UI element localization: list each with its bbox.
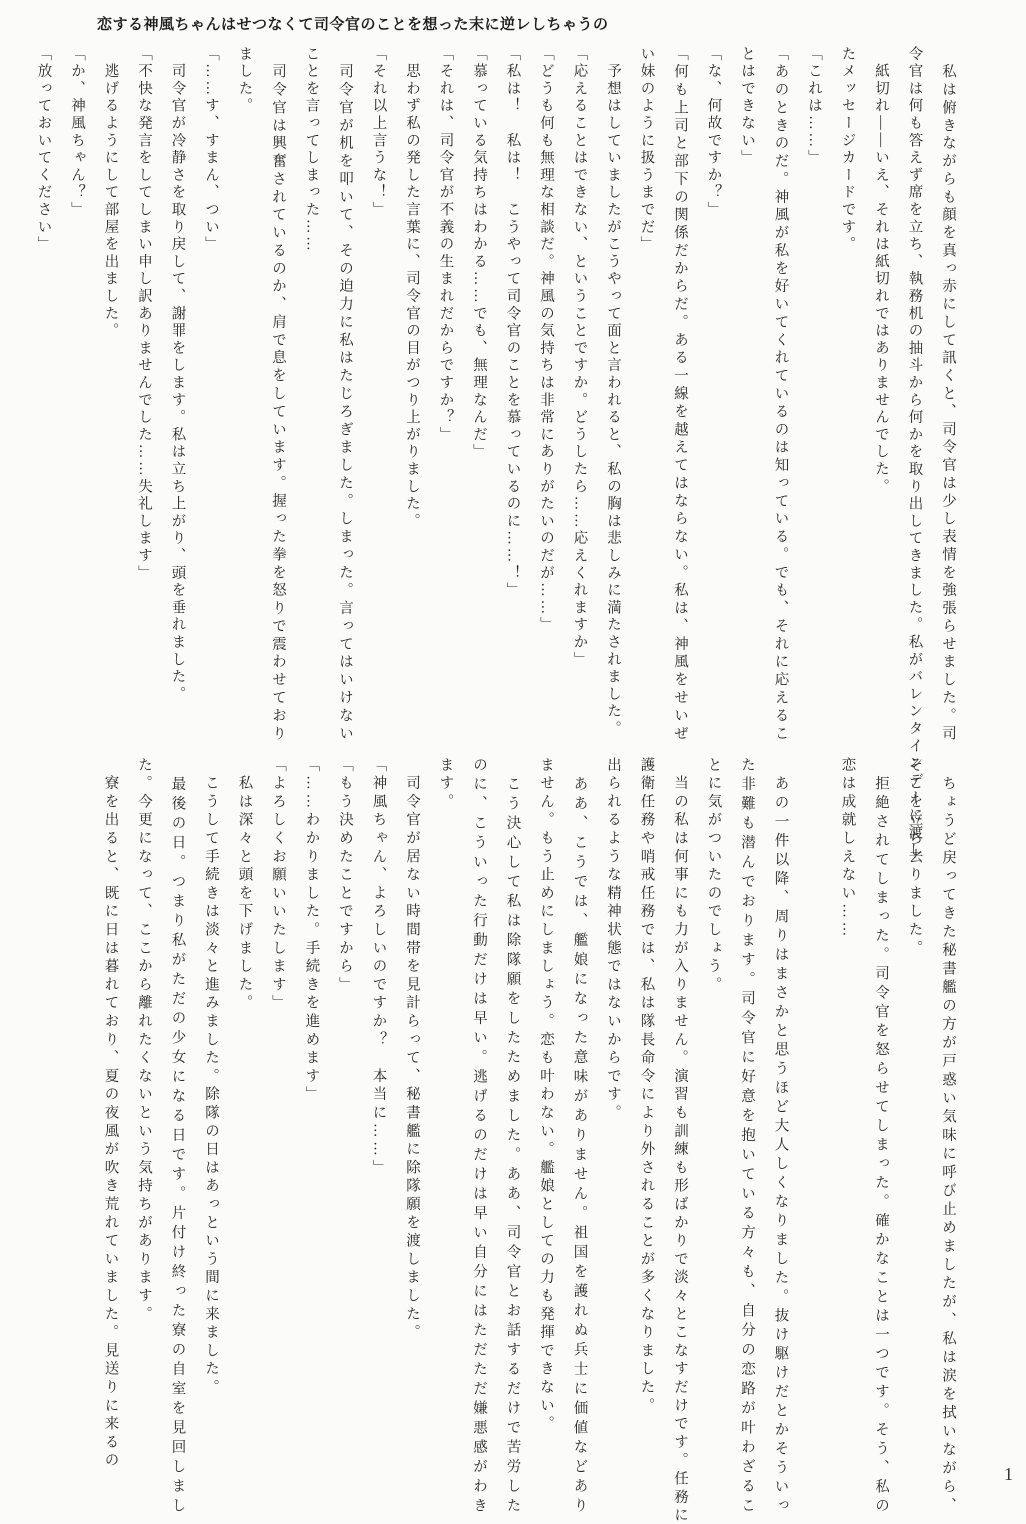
paragraph: 司令官が居ない時間帯を見計らって、秘書艦に除隊願を渡しました。	[395, 757, 429, 1512]
text-column: 当の私は何事にも力が入りません。演習も訓練も形ばかりで淡々とこなすだけです。任務…	[663, 757, 697, 1512]
text-column: 「慕っている気持ちはわかる……でも、無理なんだ」	[462, 46, 496, 740]
paragraph: 「あのときのだ。神風が私を好いてくれているのは知っている。でも、それに応えること…	[730, 46, 797, 740]
text-column: 「よろしくお願いいたします」	[261, 757, 295, 1512]
text-column: 護衛任務や哨戒任務では、私は隊長命令により外されることが多くなりました。	[629, 757, 663, 1512]
text-column: 「私は！ 私は！ こうやって司令官のことを慕っているのに……！」	[495, 46, 529, 740]
text-column: 思わず私の発した言葉に、司令官の目がつり上がりました。	[395, 46, 429, 740]
text-column: 「な、何故ですか？」	[696, 46, 730, 740]
text-column: 予想はしていましたがこうやって面と言われると、私の胸は悲しみに満たされました。	[596, 46, 630, 740]
text-column: ちょうど戻ってきた秘書艦の方が戸惑い気味に呼び止めましたが、私は涙を拭いながら、	[931, 757, 965, 1512]
text-column: 「……す、すまん、つい」	[194, 46, 228, 740]
page-title: 恋する神風ちゃんはせつなくて司令官のことを想った末に逆レしちゃうの	[97, 13, 609, 34]
paragraph: 「それは、司令官が不義の生まれだからですか？」	[428, 46, 462, 740]
text-column: 司令官が机を叩いて、その迫力に私はたじろぎました。しまった。言ってはいけない	[328, 46, 362, 740]
paragraph: 寮を出ると、既に日は暮れており、夏の夜風が吹き荒れていました。見送りに来るの	[93, 757, 127, 1512]
text-column: のに、こういった行動だけは早い。逃げるのだけは早い自分にはただただ嫌悪感がわき	[462, 757, 496, 1512]
text-column: 逃げるようにして部屋を出ました。	[93, 46, 127, 740]
paragraph: 出られるような精神状態ではないからです。	[596, 757, 630, 1512]
paragraph: 司令官が冷静さを取り戻して、謝罪をします。私は立ち上がり、頭を垂れました。	[160, 46, 194, 740]
text-column: 寮を出ると、既に日は暮れており、夏の夜風が吹き荒れていました。見送りに来るの	[93, 757, 127, 1512]
text-column: とに気がついたのでしょう。	[696, 757, 730, 1512]
paragraph: 「な、何故ですか？」	[696, 46, 730, 740]
page-number: 1	[1004, 1464, 1013, 1485]
text-column: こう決心して私は除隊願をしたためました。ああ、司令官とお話するだけで苦労した	[495, 757, 529, 1512]
text-column: ました。	[227, 46, 261, 740]
paragraph: たメッセージカードです。	[830, 46, 864, 740]
text-column: 「神風ちゃん、よろしいのですか？ 本当に……」	[361, 757, 395, 1512]
paragraph: あの一件以降、周りはまさかと思うほど大人しくなりました。抜け駆けだとかそういった…	[696, 757, 797, 1512]
text-column: 司令官は興奮されているのか、肩で息をしています。握った拳を怒りで震わせており	[261, 46, 295, 740]
text-column: 拒絶されてしまった。司令官を怒らせてしまった。確かなことは一つです。そう、私の	[864, 757, 898, 1512]
paragraph: 「私は！ 私は！ こうやって司令官のことを慕っているのに……！」	[495, 46, 529, 740]
text-column: 紙切れ――いえ、それは紙切れではありませんでした。	[864, 46, 898, 740]
paragraph: 予想はしていましたがこうやって面と言われると、私の胸は悲しみに満たされました。	[596, 46, 630, 740]
text-column: い妹のように扱うまでだ」	[629, 46, 663, 740]
text-column: こうして手続きは淡々と進みました。除隊の日はあっという間に来ました。	[194, 757, 228, 1512]
text-column: たメッセージカードです。	[830, 46, 864, 740]
paragraph: 思わず私の発した言葉に、司令官の目がつり上がりました。	[395, 46, 429, 740]
text-column: 「あのときのだ。神風が私を好いてくれているのは知っている。でも、それに応えるこ	[763, 46, 797, 740]
text-column: 「何も上司と部下の関係だからだ。ある一線を越えてはならない。私は、神風をせいぜ	[663, 46, 697, 740]
text-column: 「それ以上言うな！」	[361, 46, 395, 740]
paragraph: こうして手続きは淡々と進みました。除隊の日はあっという間に来ました。	[194, 757, 228, 1512]
text-column: 「どうも何も無理な相談だ。神風の気持ちは非常にありがたいのだが……」	[529, 46, 563, 740]
paragraph: 「……わかりました。手続きを進めます」	[294, 757, 328, 1512]
text-column: 令官は何も答えず席を立ち、執務机の抽斗から何かを取り出してきました。私がバレンタ…	[897, 46, 931, 740]
paragraph: 「不快な発言をしてしまい申し訳ありませんでした……失礼します」	[127, 46, 161, 740]
text-column: ことを言ってしまった……	[294, 46, 328, 740]
text-column: ません。もう止めにしましょう。恋も叶わない。艦娘としての力も発揮できない。	[529, 757, 563, 1512]
text-column: 恋は成就しえない……	[830, 757, 864, 1512]
paragraph: 司令官は興奮されているのか、肩で息をしています。握った拳を怒りで震わせておりまし…	[227, 46, 294, 740]
paragraph: 「よろしくお願いいたします」	[261, 757, 295, 1512]
paragraph: 「慕っている気持ちはわかる……でも、無理なんだ」	[462, 46, 496, 740]
paragraph: ああ、こうでは、艦娘になった意味がありません。祖国を護れぬ兵士に価値などありませ…	[529, 757, 596, 1512]
document-page: { "page": { "title": "恋する神風ちゃんはせつなくて司令官の…	[0, 0, 1026, 1524]
text-column: 「放っておいてください」	[26, 46, 60, 740]
paragraph: 私は俯きながらも顔を真っ赤にして訊くと、司令官は少し表情を強張らせました。司令官…	[897, 46, 964, 740]
paragraph: 「これは……」	[797, 46, 831, 740]
paragraph: 逃げるようにして部屋を出ました。	[93, 46, 127, 740]
paragraph: 「……す、すまん、つい」	[194, 46, 228, 740]
text-column: た。今更になって、ここから離れたくないという気持ちがあります。	[127, 757, 161, 1512]
paragraph: 司令官が机を叩いて、その迫力に私はたじろぎました。しまった。言ってはいけないこと…	[294, 46, 361, 740]
paragraph: こう決心して私は除隊願をしたためました。ああ、司令官とお話するだけで苦労したのに…	[428, 757, 529, 1512]
text-column: 私は深々と頭を下げました。	[227, 757, 261, 1512]
paragraph: 「どうも何も無理な相談だ。神風の気持ちは非常にありがたいのだが……」	[529, 46, 563, 740]
text-column: 司令官が冷静さを取り戻して、謝罪をします。私は立ち上がり、頭を垂れました。	[160, 46, 194, 740]
paragraph: 「放っておいてください」	[26, 46, 60, 740]
text-column: た非難も潜んでおります。司令官に好意を抱いている方々も、自分の恋路が叶わざるこ	[730, 757, 764, 1512]
paragraph	[797, 757, 831, 1512]
paragraph: 「それ以上言うな！」	[361, 46, 395, 740]
paragraph: 最後の日。つまり私がただの少女になる日です。片付け終った寮の自室を見回しました。…	[127, 757, 194, 1512]
text-column: あの一件以降、周りはまさかと思うほど大人しくなりました。抜け駆けだとかそういっ	[763, 757, 797, 1512]
paragraph: 当の私は何事にも力が入りません。演習も訓練も形ばかりで淡々とこなすだけです。任務…	[663, 757, 697, 1512]
text-column: 出られるような精神状態ではないからです。	[596, 757, 630, 1512]
text-column: 司令官が居ない時間帯を見計らって、秘書艦に除隊願を渡しました。	[395, 757, 429, 1512]
paragraph: 拒絶されてしまった。司令官を怒らせてしまった。確かなことは一つです。そう、私の恋…	[830, 757, 897, 1512]
text-column: 「それは、司令官が不義の生まれだからですか？」	[428, 46, 462, 740]
text-column: 「……わかりました。手続きを進めます」	[294, 757, 328, 1512]
text-column: 「これは……」	[797, 46, 831, 740]
paragraph: 「何も上司と部下の関係だからだ。ある一線を越えてはならない。私は、神風をせいぜい…	[629, 46, 696, 740]
paragraph: 私は深々と頭を下げました。	[227, 757, 261, 1512]
text-column: 「もう決めたことですから」	[328, 757, 362, 1512]
story-text-block-top: 私は俯きながらも顔を真っ赤にして訊くと、司令官は少し表情を強張らせました。司令官…	[26, 46, 964, 740]
paragraph: 「応えることはできない、ということですか。どうしたら……応えくれますか」	[562, 46, 596, 740]
paragraph: ちょうど戻ってきた秘書艦の方が戸惑い気味に呼び止めましたが、私は涙を拭いながら、…	[897, 757, 964, 1512]
text-column: 私は俯きながらも顔を真っ赤にして訊くと、司令官は少し表情を強張らせました。司	[931, 46, 965, 740]
paragraph: 「か、神風ちゃん？」	[60, 46, 94, 740]
text-column: 「か、神風ちゃん？」	[60, 46, 94, 740]
text-column: 「不快な発言をしてしまい申し訳ありませんでした……失礼します」	[127, 46, 161, 740]
paragraph: 「もう決めたことですから」	[328, 757, 362, 1512]
text-column: ああ、こうでは、艦娘になった意味がありません。祖国を護れぬ兵士に価値などあり	[562, 757, 596, 1512]
text-column	[797, 757, 831, 1512]
text-column: 「応えることはできない、ということですか。どうしたら……応えくれますか」	[562, 46, 596, 740]
text-column: そこを立ち去りました。	[897, 757, 931, 1512]
story-text-block-bottom: ちょうど戻ってきた秘書艦の方が戸惑い気味に呼び止めましたが、私は涙を拭いながら、…	[93, 757, 964, 1512]
text-column: ます。	[428, 757, 462, 1512]
paragraph: 「神風ちゃん、よろしいのですか？ 本当に……」	[361, 757, 395, 1512]
text-column: とはできない」	[730, 46, 764, 740]
text-column: 最後の日。つまり私がただの少女になる日です。片付け終った寮の自室を見回しまし	[160, 757, 194, 1512]
paragraph: 紙切れ――いえ、それは紙切れではありませんでした。	[864, 46, 898, 740]
paragraph: 護衛任務や哨戒任務では、私は隊長命令により外されることが多くなりました。	[629, 757, 663, 1512]
